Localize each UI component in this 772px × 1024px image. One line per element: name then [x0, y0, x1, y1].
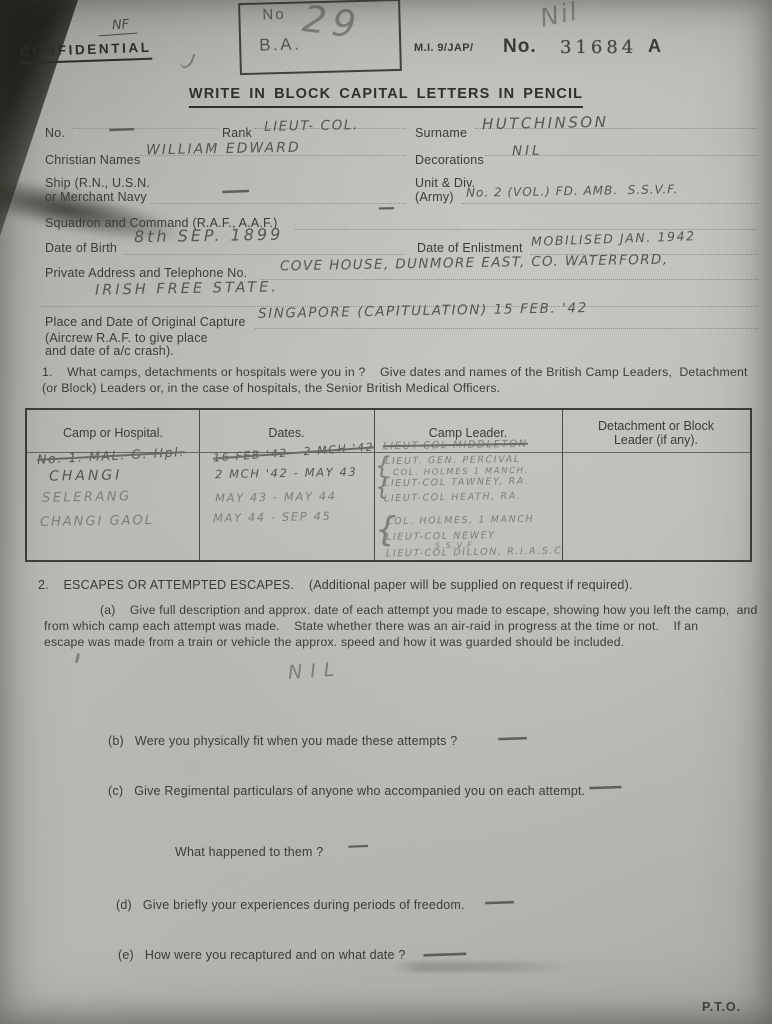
question2a-line1: (a) Give full description and approx. da…	[100, 603, 758, 617]
field-dob-value: 8th SEP. 1899	[134, 225, 284, 247]
field-unit-div-label-line2: (Army)	[415, 190, 454, 204]
table-header-camp: Camp or Hospital.	[27, 426, 199, 440]
stray-pencil-tick	[75, 653, 80, 663]
ref-number-stamp: 31684	[560, 37, 637, 58]
table-header-dates: Dates.	[199, 426, 374, 440]
question2a-line2: from which camp each attempt was made. S…	[44, 619, 698, 633]
question2e-label: (e) How were you recaptured and on what …	[118, 948, 406, 962]
dates-entry-struck: 16 FEB '42 - 2 MCH '42	[213, 440, 375, 464]
camp-entry: SELERANG	[42, 489, 132, 506]
dates-entry: MAY 43 - MAY 44	[215, 489, 337, 505]
camp-entry: CHANGI GAOL	[40, 513, 154, 530]
question2c-followup-answer-dash: —	[347, 836, 372, 857]
field-squadron-answer-dash: —	[378, 198, 397, 218]
field-no-answer-dash: —	[107, 115, 138, 140]
table-header-leader: Camp Leader.	[374, 426, 562, 440]
pto-footer: P.T.O.	[702, 1000, 741, 1014]
leader-entry: LIEUT-COL HEATH, RA.	[384, 491, 522, 504]
stamp-no-label: No	[262, 6, 286, 24]
leader-entry: LIEUT-COL DILLON, R.I.A.S.C	[386, 545, 563, 559]
field-capture-label-line1: Place and Date of Original Capture	[45, 315, 246, 329]
question1-line1: 1. What camps, detachments or hospitals …	[42, 365, 748, 379]
handwritten-stamp-number: 29	[300, 0, 364, 47]
ref-letter: A	[648, 36, 661, 57]
confidential-stamp: CONFIDENTIAL	[20, 40, 152, 65]
leader-entry-struck: LIEUT-COL MIDDLETON	[383, 439, 528, 453]
stamp-ba-label: B.A.	[259, 34, 302, 55]
field-capture-value: SINGAPORE (CAPITULATION) 15 FEB. '42	[258, 300, 588, 322]
question2c-answer-dash: —	[587, 773, 627, 798]
question2a-answer-nil: NIL	[287, 658, 343, 684]
field-decorations-label: Decorations	[415, 153, 484, 167]
question2a-line3: escape was made from a train or vehicle …	[44, 635, 624, 649]
pencil-nil-note: Nil	[537, 0, 581, 33]
question2d-answer-dash: —	[483, 888, 518, 913]
dates-entry: MAY 44 - SEP 45	[213, 509, 332, 525]
camp-entry: CHANGI	[49, 467, 123, 484]
leader-entry: COL. HOLMES, 1 MANCH	[386, 514, 534, 528]
leader-entry: LIEUT. GEN. PERCIVAL	[385, 454, 521, 467]
field-ship-label-line2: or Merchant Navy	[45, 190, 147, 204]
leader-entry: LIEUT-COL TAWNEY, RA.	[384, 476, 530, 490]
dates-entry: 2 MCH '42 - MAY 43	[215, 465, 358, 481]
question2e-answer-dash: —	[420, 940, 473, 966]
field-capture-label-line2: (Aircrew R.A.F. to give place	[45, 331, 208, 345]
camps-table: Camp or Hospital. Dates. Camp Leader. De…	[25, 408, 752, 562]
field-ship-answer-dash: —	[220, 177, 253, 202]
field-surname-label: Surname	[415, 126, 467, 140]
field-enlistment-label: Date of Enlistment	[417, 241, 523, 255]
field-enlistment-value: MOBILISED JAN. 1942	[531, 228, 696, 249]
mi9-ref-prefix: M.I. 9/JAP/	[414, 42, 473, 54]
scanned-pow-questionnaire-page: NF CONFIDENTIAL No B.A. 29 M.I. 9/JAP/ N…	[0, 0, 772, 1024]
field-address-label: Private Address and Telephone No.	[45, 266, 247, 280]
field-surname-value: HUTCHINSON	[482, 113, 609, 133]
field-no-label: No.	[45, 126, 65, 140]
question2b-answer-dash: —	[496, 724, 531, 749]
form-title: WRITE IN BLOCK CAPITAL LETTERS IN PENCIL	[189, 86, 583, 108]
question1-line2: (or Block) Leaders or, in the case of ho…	[42, 381, 500, 395]
field-unit-div-value: No. 2 (VOL.) FD. AMB. S.S.V.F.	[466, 182, 679, 200]
field-christian-names-value: WILLIAM EDWARD	[146, 140, 301, 159]
camp-entry-struck: No. 1. MAL. G. Hpl.	[37, 444, 185, 467]
field-rank-label: Rank	[222, 126, 252, 140]
table-header-detachment-line1: Detachment or Block	[562, 419, 750, 433]
field-ship-label-line1: Ship (R.N., U.S.N.	[45, 176, 150, 190]
question2b-label: (b) Were you physically fit when you mad…	[108, 734, 457, 748]
field-rank-value: LIEUT- COL.	[264, 117, 359, 135]
question2c-label: (c) Give Regimental particulars of anyon…	[108, 784, 585, 798]
ink-bleedthrough	[393, 962, 571, 972]
ba-number-stamp-box: No B.A. 29	[238, 0, 402, 75]
ref-no-label: No.	[503, 36, 537, 58]
field-address-value-line2: IRISH FREE STATE.	[95, 279, 279, 298]
table-header-detachment-line2: Leader (if any).	[562, 433, 750, 447]
field-capture-label-line3: and date of a/c crash).	[45, 344, 174, 358]
question2d-label: (d) Give briefly your experiences during…	[116, 898, 465, 912]
stray-pencil-scribble	[180, 51, 196, 71]
question2c-followup-label: What happened to them ?	[175, 845, 323, 859]
field-address-value-line1: COVE HOUSE, DUNMORE EAST, CO. WATERFORD,	[280, 252, 669, 275]
pencil-corner-note: NF	[97, 17, 137, 37]
field-decorations-value: NIL	[512, 143, 543, 160]
field-christian-names-label: Christian Names	[45, 153, 140, 167]
field-dob-label: Date of Birth	[45, 241, 117, 255]
question2-heading: 2. ESCAPES OR ATTEMPTED ESCAPES. (Additi…	[38, 578, 633, 592]
